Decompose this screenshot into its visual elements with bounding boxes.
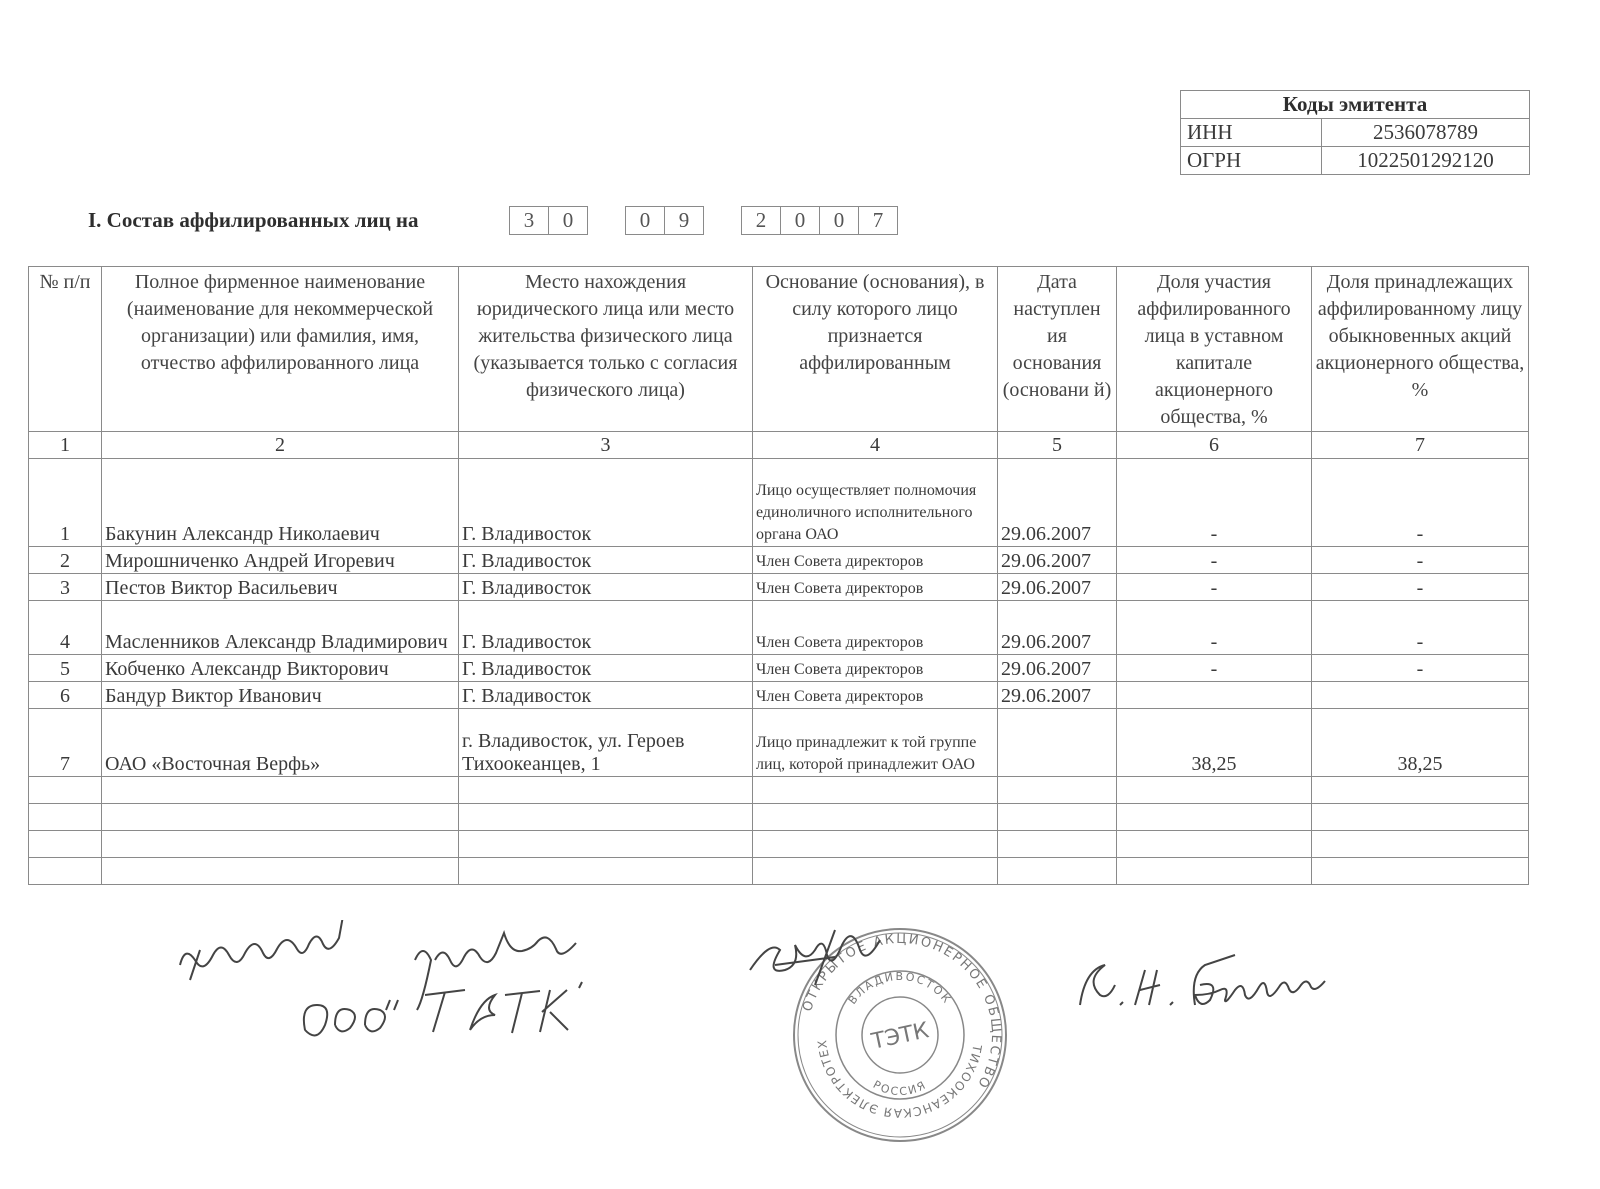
- row-number: 4: [29, 601, 102, 655]
- share-stock: -: [1312, 655, 1529, 682]
- affiliate-location: Г. Владивосток: [459, 459, 753, 547]
- ogrn-label: ОГРН: [1181, 147, 1322, 175]
- affiliate-date: 29.06.2007: [998, 574, 1117, 601]
- header-date: Дата наступлен ия основания (основани й): [998, 267, 1117, 432]
- affiliate-location: Г. Владивосток: [459, 655, 753, 682]
- affiliate-location: Г. Владивосток: [459, 682, 753, 709]
- column-number-row: 1 2 3 4 5 6 7: [29, 432, 1529, 459]
- table-row: 3 Пестов Виктор Васильевич Г. Владивосто…: [29, 574, 1529, 601]
- affiliate-location: Г. Владивосток: [459, 601, 753, 655]
- affiliate-location: Г. Владивосток: [459, 574, 753, 601]
- date-digit: 0: [625, 206, 665, 235]
- inn-value: 2536078789: [1322, 119, 1530, 147]
- header-share-stock: Доля принадлежащих аффилированному лицу …: [1312, 267, 1529, 432]
- column-number: 6: [1117, 432, 1312, 459]
- date-digit: 0: [548, 206, 588, 235]
- affiliate-basis: Лицо принадлежит к той группе лиц, котор…: [753, 709, 998, 777]
- column-number: 1: [29, 432, 102, 459]
- affiliate-date: 29.06.2007: [998, 655, 1117, 682]
- section-header: I. Состав аффилированных лиц на 3 0 0 9 …: [88, 206, 936, 235]
- share-stock: [1312, 682, 1529, 709]
- header-number: № п/п: [29, 267, 102, 432]
- table-row: 7 ОАО «Восточная Верфь» г. Владивосток, …: [29, 709, 1529, 777]
- affiliate-name: Мирошниченко Андрей Игоревич: [102, 547, 459, 574]
- section-title: I. Состав аффилированных лиц на: [88, 208, 510, 233]
- empty-row: [29, 858, 1529, 885]
- row-number: 5: [29, 655, 102, 682]
- affiliates-table: № п/п Полное фирменное наименование (наи…: [28, 266, 1529, 885]
- column-number: 4: [753, 432, 998, 459]
- date-digit: 3: [509, 206, 549, 235]
- affiliate-name: Пестов Виктор Васильевич: [102, 574, 459, 601]
- empty-row: [29, 831, 1529, 858]
- affiliate-date: [998, 709, 1117, 777]
- row-number: 6: [29, 682, 102, 709]
- share-stock: -: [1312, 459, 1529, 547]
- table-row: 4 Масленников Александр Владимирович Г. …: [29, 601, 1529, 655]
- share-capital: -: [1117, 574, 1312, 601]
- share-stock: -: [1312, 601, 1529, 655]
- table-row: 6 Бандур Виктор Иванович Г. Владивосток …: [29, 682, 1529, 709]
- share-capital: -: [1117, 655, 1312, 682]
- column-number: 7: [1312, 432, 1529, 459]
- affiliate-basis: Член Совета директоров: [753, 682, 998, 709]
- issuer-code-row-ogrn: ОГРН 1022501292120: [1181, 147, 1530, 175]
- table-row: 2 Мирошниченко Андрей Игоревич Г. Владив…: [29, 547, 1529, 574]
- issuer-codes-table: Коды эмитента ИНН 2536078789 ОГРН 102250…: [1180, 90, 1530, 175]
- column-number: 5: [998, 432, 1117, 459]
- affiliate-name: Масленников Александр Владимирович: [102, 601, 459, 655]
- date-digit: 7: [858, 206, 898, 235]
- date-digit: 9: [664, 206, 704, 235]
- share-stock: -: [1312, 547, 1529, 574]
- affiliate-date: 29.06.2007: [998, 601, 1117, 655]
- row-number: 1: [29, 459, 102, 547]
- affiliate-name: Бакунин Александр Николаевич: [102, 459, 459, 547]
- director-signature: [745, 925, 885, 995]
- header-name: Полное фирменное наименование (наименова…: [102, 267, 459, 432]
- empty-row: [29, 777, 1529, 804]
- handwritten-position-signature: [170, 920, 630, 1040]
- affiliate-location: Г. Владивосток: [459, 547, 753, 574]
- share-stock: -: [1312, 574, 1529, 601]
- row-number: 7: [29, 709, 102, 777]
- affiliate-date: 29.06.2007: [998, 682, 1117, 709]
- column-number: 2: [102, 432, 459, 459]
- header-location: Место нахождения юридического лица или м…: [459, 267, 753, 432]
- issuer-code-row-inn: ИНН 2536078789: [1181, 119, 1530, 147]
- affiliate-location: г. Владивосток, ул. Героев Тихоокеанцев,…: [459, 709, 753, 777]
- affiliate-name: Бандур Виктор Иванович: [102, 682, 459, 709]
- share-capital: 38,25: [1117, 709, 1312, 777]
- empty-row: [29, 804, 1529, 831]
- affiliate-basis: Член Совета директоров: [753, 601, 998, 655]
- row-number: 3: [29, 574, 102, 601]
- date-digit: 2: [741, 206, 781, 235]
- inn-label: ИНН: [1181, 119, 1322, 147]
- issuer-codes-title: Коды эмитента: [1181, 91, 1530, 119]
- date-digit: 0: [819, 206, 859, 235]
- affiliate-date: 29.06.2007: [998, 547, 1117, 574]
- affiliate-basis: Член Совета директоров: [753, 655, 998, 682]
- affiliate-basis: Лицо осуществляет полномочия единоличног…: [753, 459, 998, 547]
- affiliate-basis: Член Совета директоров: [753, 574, 998, 601]
- share-capital: -: [1117, 547, 1312, 574]
- table-row: 5 Кобченко Александр Викторович Г. Влади…: [29, 655, 1529, 682]
- date-year-boxes: 2 0 0 7: [742, 206, 898, 235]
- affiliate-name: ОАО «Восточная Верфь»: [102, 709, 459, 777]
- date-day-boxes: 3 0: [510, 206, 588, 235]
- table-header-row: № п/п Полное фирменное наименование (наи…: [29, 267, 1529, 432]
- stamp-center-text: ТЭТК: [868, 1018, 931, 1055]
- header-share-capital: Доля участия аффилированного лица в уста…: [1117, 267, 1312, 432]
- row-number: 2: [29, 547, 102, 574]
- affiliate-date: 29.06.2007: [998, 459, 1117, 547]
- ogrn-value: 1022501292120: [1322, 147, 1530, 175]
- affiliate-basis: Член Совета директоров: [753, 547, 998, 574]
- share-capital: -: [1117, 459, 1312, 547]
- affiliate-name: Кобченко Александр Викторович: [102, 655, 459, 682]
- column-number: 3: [459, 432, 753, 459]
- share-capital: -: [1117, 601, 1312, 655]
- date-digit: 0: [780, 206, 820, 235]
- share-stock: 38,25: [1312, 709, 1529, 777]
- table-row: 1 Бакунин Александр Николаевич Г. Владив…: [29, 459, 1529, 547]
- date-month-boxes: 0 9: [626, 206, 704, 235]
- handwritten-name-signature: [1075, 945, 1355, 1015]
- share-capital: [1117, 682, 1312, 709]
- header-basis: Основание (основания), в силу которого л…: [753, 267, 998, 432]
